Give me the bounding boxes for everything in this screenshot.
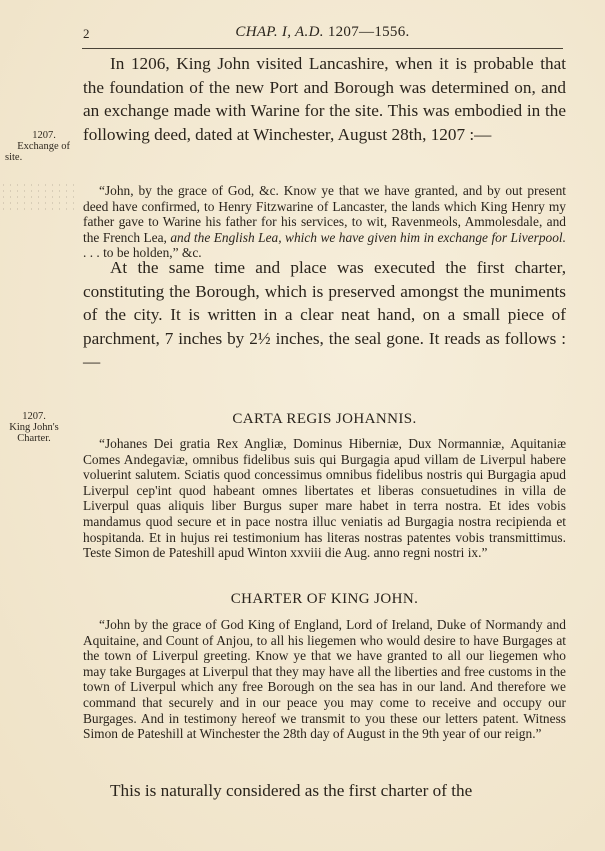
paper-specks (0, 182, 80, 212)
sidenote-line: site. (4, 152, 70, 163)
paragraph-text: In 1206, King John visited Lancashire, w… (83, 52, 566, 146)
sidenote-king-johns-charter: 1207. King John's Charter. (4, 411, 64, 444)
paragraph-text: At the same time and place was executed … (83, 256, 566, 374)
paragraph-charter-intro: At the same time and place was executed … (83, 256, 566, 374)
sidenote-line: King John's (4, 422, 64, 433)
chapter-label: CHAP. I, A.D. (235, 24, 323, 40)
heading-latin-charter: CARTA REGIS JOHANNIS. (83, 411, 566, 428)
paragraph-text: This is naturally considered as the firs… (83, 779, 566, 803)
english-charter: “John by the grace of God King of Englan… (83, 617, 566, 742)
chapter-years: 1207—1556. (328, 24, 410, 40)
deed-quote-italic: and the English Lea, which we have given… (170, 230, 566, 245)
english-charter-text: “John by the grace of God King of Englan… (83, 617, 566, 742)
running-title: CHAP. I, A.D. 1207—1556. (82, 24, 563, 41)
sidenote-line: Exchange of (4, 141, 70, 152)
heading-text: CARTA REGIS JOHANNIS. (83, 411, 566, 428)
sidenote-line: Charter. (4, 433, 64, 444)
latin-charter: “Johanes Dei gratia Rex Angliæ, Dominus … (83, 436, 566, 561)
deed-quote: “John, by the grace of God, &c. Know ye … (83, 183, 566, 261)
heading-english-charter: CHARTER OF KING JOHN. (83, 591, 566, 608)
sidenote-exchange-of-site: 1207. Exchange of site. (4, 130, 70, 163)
paragraph-intro: In 1206, King John visited Lancashire, w… (83, 52, 566, 146)
paragraph-closing: This is naturally considered as the firs… (83, 779, 566, 803)
deed-quote-text: “John, by the grace of God, &c. Know ye … (83, 183, 566, 261)
sidenote-year: 1207. (4, 130, 70, 141)
book-page: 2 CHAP. I, A.D. 1207—1556. 1207. Exchang… (0, 0, 605, 851)
sidenote-year: 1207. (4, 411, 64, 422)
heading-text: CHARTER OF KING JOHN. (83, 591, 566, 608)
running-head: 2 CHAP. I, A.D. 1207—1556. (82, 22, 563, 49)
latin-charter-text: “Johanes Dei gratia Rex Angliæ, Dominus … (83, 436, 566, 561)
